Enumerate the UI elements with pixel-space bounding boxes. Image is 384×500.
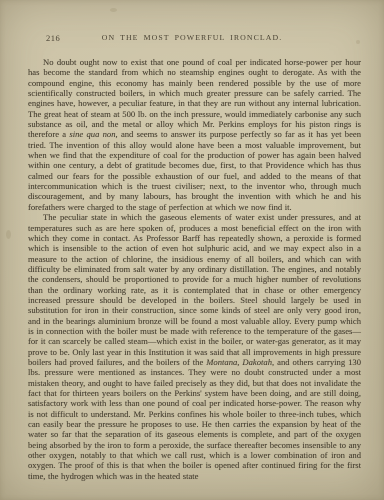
paper-blemish xyxy=(110,8,117,12)
paragraph: The peculiar state in which the gaseous … xyxy=(28,212,361,481)
paragraph: No doubt ought now to exist that one pou… xyxy=(28,57,361,212)
page-header: 216 ON THE MOST POWERFUL IRONCLAD. xyxy=(0,33,384,45)
book-page: 216 ON THE MOST POWERFUL IRONCLAD. No do… xyxy=(0,0,384,500)
paper-blemish xyxy=(6,230,11,239)
running-header: ON THE MOST POWERFUL IRONCLAD. xyxy=(0,33,384,42)
page-body: No doubt ought now to exist that one pou… xyxy=(28,57,361,481)
